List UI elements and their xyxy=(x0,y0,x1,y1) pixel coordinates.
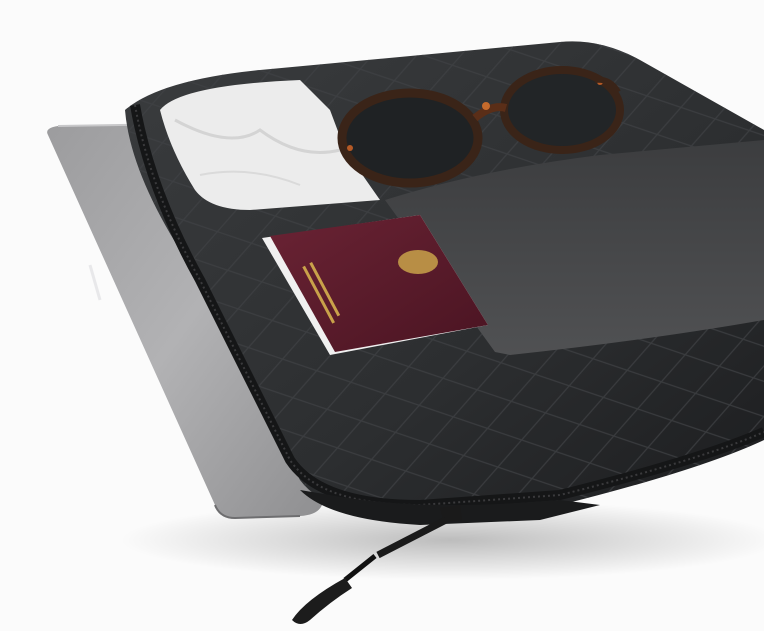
passport-emblem xyxy=(398,250,438,274)
laptop-highlight xyxy=(90,265,100,300)
photo-illustration xyxy=(0,0,764,631)
product-photo: Union européenne République française La… xyxy=(0,0,764,631)
